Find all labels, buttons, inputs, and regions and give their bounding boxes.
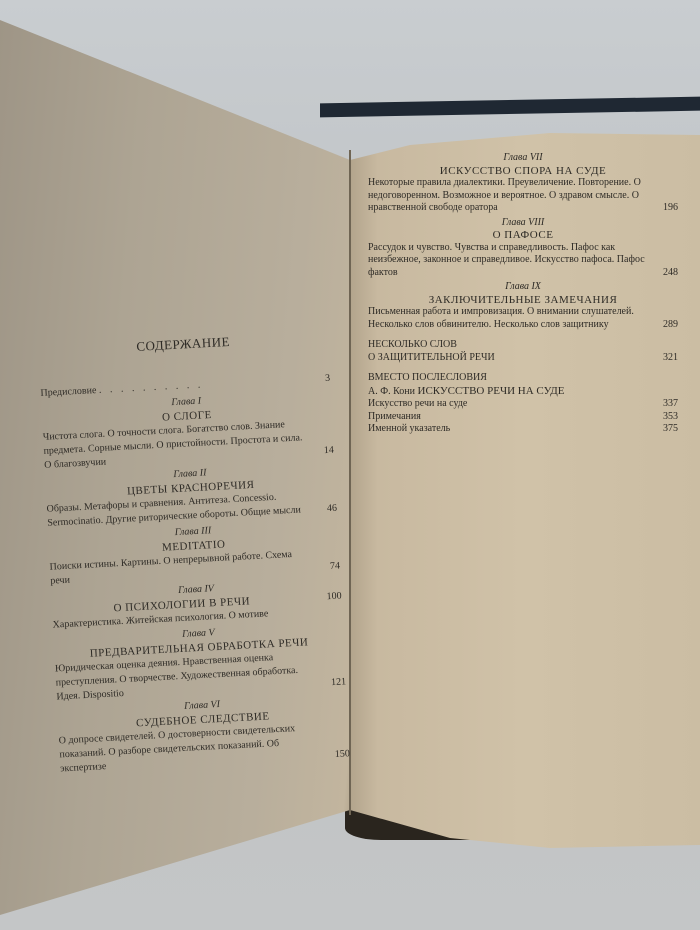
page-number: 248 bbox=[648, 267, 678, 280]
page-number: 289 bbox=[648, 319, 678, 332]
toc-entry-chapter-9: Глава IX ЗАКЛЮЧИТЕЛЬНЫЕ ЗАМЕЧАНИЯ Письме… bbox=[368, 281, 678, 331]
page-number: 46 bbox=[307, 502, 338, 518]
left-page-toc: СОДЕРЖАНИЕ Предисловие . . . . . . . . .… bbox=[38, 330, 350, 777]
page-number: 321 bbox=[648, 352, 678, 365]
right-page bbox=[350, 0, 700, 930]
chapter-title: О ПАФОСЕ bbox=[368, 229, 678, 242]
book-cover-edge bbox=[320, 97, 700, 118]
chapter-label: Глава VIII bbox=[368, 217, 678, 230]
toc-entry-defense-speech: НЕСКОЛЬКО СЛОВ О ЗАЩИТИТЕЛЬНОЙ РЕЧИ321 bbox=[368, 339, 678, 364]
entry-title: Предисловие bbox=[40, 385, 96, 399]
page-number: 100 bbox=[311, 589, 342, 605]
entry-title-line2: ИСКУССТВО РЕЧИ НА СУДЕ bbox=[418, 385, 565, 397]
page-number: 196 bbox=[648, 202, 678, 215]
chapter-title: ЗАКЛЮЧИТЕЛЬНЫЕ ЗАМЕЧАНИЯ bbox=[368, 294, 678, 307]
chapter-title: ИСКУССТВО СПОРА НА СУДЕ bbox=[368, 165, 678, 178]
page-number: 3 bbox=[300, 372, 331, 388]
chapter-body: Некоторые правила диалектики. Преувеличе… bbox=[368, 177, 648, 215]
toc-entry-afterword: ВМЕСТО ПОСЛЕСЛОВИЯ А. Ф. Кони ИСКУССТВО … bbox=[368, 372, 678, 436]
entry-author: А. Ф. Кони bbox=[368, 386, 415, 397]
page-number: 121 bbox=[316, 675, 347, 691]
chapter-label: Глава IX bbox=[368, 281, 678, 294]
entry-title-line1: ВМЕСТО ПОСЛЕСЛОВИЯ bbox=[368, 372, 678, 385]
chapter-body: Рассудок и чувство. Чувства и справедлив… bbox=[368, 242, 648, 280]
right-page-toc: Глава VII ИСКУССТВО СПОРА НА СУДЕ Некото… bbox=[368, 150, 678, 436]
book-spine bbox=[349, 150, 351, 815]
subentry: Примечания353 bbox=[368, 411, 678, 424]
entry-title-line2: О ЗАЩИТИТЕЛЬНОЙ РЕЧИ bbox=[368, 352, 648, 365]
chapter-label: Глава VII bbox=[368, 152, 678, 165]
subentry: Искусство речи на суде337 bbox=[368, 398, 678, 411]
page-number: 150 bbox=[320, 747, 351, 763]
subentry: Именной указатель375 bbox=[368, 423, 678, 436]
toc-entry-chapter-8: Глава VIII О ПАФОСЕ Рассудок и чувство. … bbox=[368, 217, 678, 280]
page-number: 14 bbox=[304, 444, 335, 460]
toc-entry-chapter-5: Глава V ПРЕДВАРИТЕЛЬНАЯ ОБРАБОТКА РЕЧИ Ю… bbox=[53, 619, 346, 704]
chapter-body: Письменная работа и импровизация. О вним… bbox=[368, 306, 648, 331]
entry-title-line1: НЕСКОЛЬКО СЛОВ bbox=[368, 339, 678, 352]
page-number: 74 bbox=[310, 560, 341, 576]
toc-entry-chapter-7: Глава VII ИСКУССТВО СПОРА НА СУДЕ Некото… bbox=[368, 152, 678, 215]
toc-entry-chapter-1: Глава I О СЛОГЕ Чистота слога. О точност… bbox=[41, 388, 334, 473]
